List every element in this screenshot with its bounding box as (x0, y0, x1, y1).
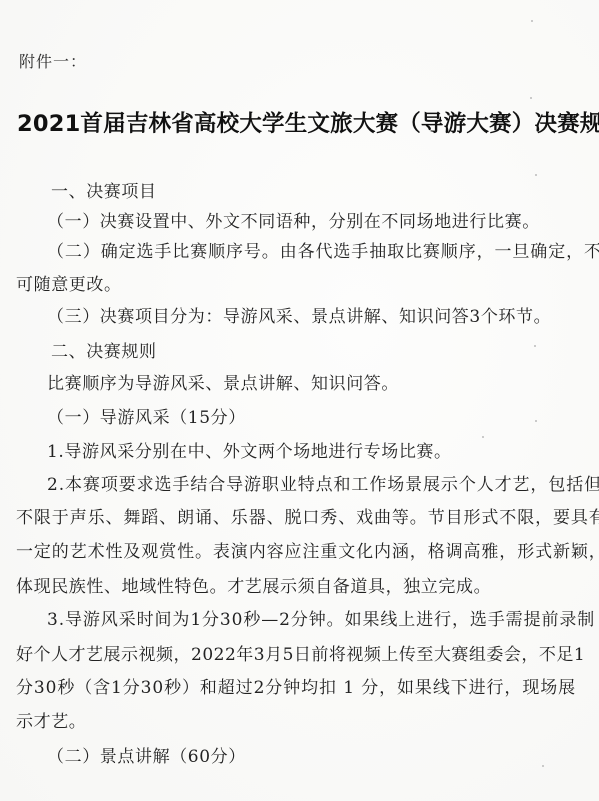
paragraph-line: 1.导游风采分别在中、外文两个场地进行专场比赛。 (47, 442, 452, 462)
section-heading-1: 一、决赛项目 (51, 182, 157, 202)
scan-speck (535, 420, 537, 422)
subsection-heading: （二）景点讲解（60分） (47, 747, 246, 767)
paragraph-line: 3.导游风采时间为1分30秒—2分钟。如果线上进行，选手需提前录制 (47, 610, 595, 630)
paragraph-line: 不限于声乐、舞蹈、朗诵、乐器、脱口秀、戏曲等。节目形式不限，要具有 (16, 508, 599, 528)
paragraph-line: 一定的艺术性及观赏性。表演内容应注重文化内涵，格调高雅，形式新颖， (16, 542, 599, 562)
document-title: 2021首届吉林省高校大学生文旅大赛（导游大赛）决赛规则 (17, 111, 599, 137)
scan-speck (542, 765, 544, 767)
paragraph-line: 可随意更改。 (16, 275, 122, 295)
paragraph-line: 示才艺。 (16, 712, 86, 732)
paragraph-line: 好个人才艺展示视频，2022年3月5日前将视频上传至大赛组委会，不足1 (16, 645, 585, 665)
attachment-label: 附件一： (19, 52, 87, 72)
scanned-document-page: 附件一： 2021首届吉林省高校大学生文旅大赛（导游大赛）决赛规则 一、决赛项目… (0, 0, 599, 801)
scan-speck (531, 20, 533, 22)
scan-speck (530, 97, 532, 99)
scan-speck (534, 345, 536, 347)
subsection-heading: （一）导游风采（15分） (47, 408, 246, 428)
paragraph-line: （三）决赛项目分为：导游风采、景点讲解、知识问答3个环节。 (47, 307, 551, 327)
scan-speck (482, 436, 484, 438)
paragraph-line: 比赛顺序为导游风采、景点讲解、知识问答。 (47, 374, 399, 394)
paragraph-line: 体现民族性、地域性特色。才艺展示须自备道具，独立完成。 (16, 577, 491, 597)
paragraph-line: （二）确定选手比赛顺序号。由各代选手抽取比赛顺序，一旦确定，不 (47, 242, 599, 262)
scan-speck (535, 174, 537, 176)
paragraph-line: 分30秒（含1分30秒）和超过2分钟均扣 1 分，如果线下进行，现场展 (16, 678, 576, 698)
paragraph-line: 2.本赛项要求选手结合导游职业特点和工作场景展示个人才艺，包括但 (47, 475, 599, 495)
paragraph-line: （一）决赛设置中、外文不同语种，分别在不同场地进行比赛。 (47, 212, 540, 232)
section-heading-2: 二、决赛规则 (51, 342, 157, 362)
